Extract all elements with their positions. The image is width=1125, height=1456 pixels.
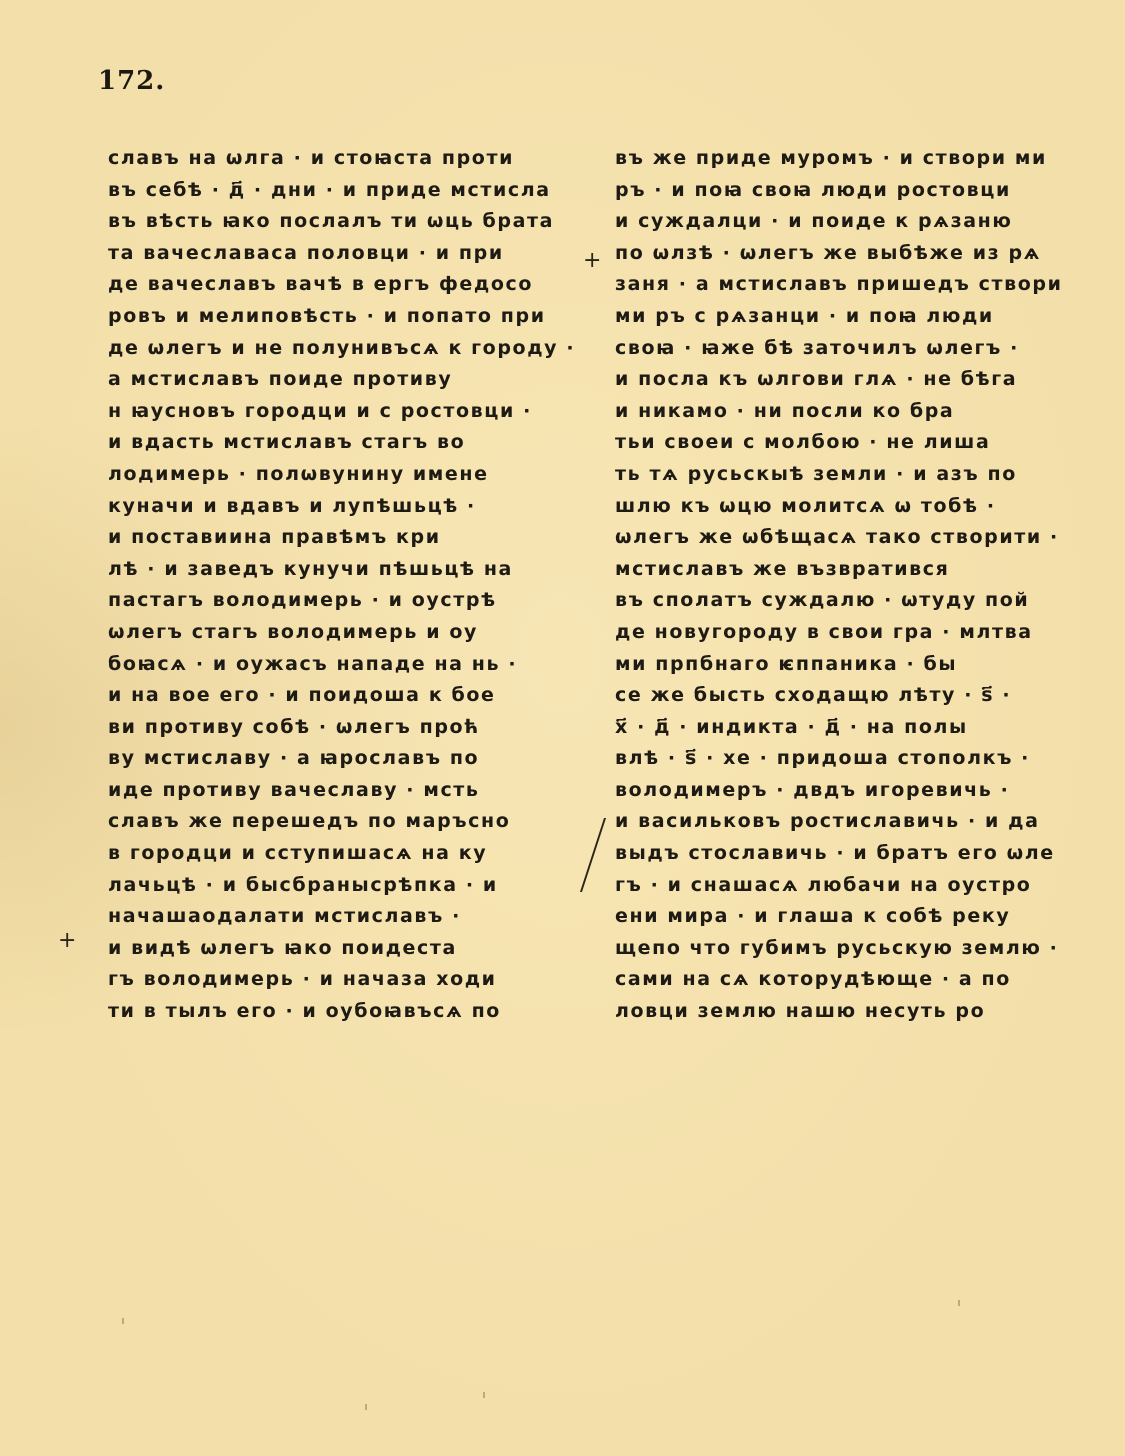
manuscript-line: въ сполатъ суждалю · ѡтуду пой xyxy=(615,585,1105,617)
manuscript-line: въ же приде муромъ · и створи ми xyxy=(615,143,1105,175)
manuscript-line: ми прпбнаго ѥппаника · бы xyxy=(615,649,1105,681)
manuscript-line: иде противу вачеславу · мсть xyxy=(108,775,578,807)
manuscript-line: шлю къ ѡцю молитсѧ ѡ тобѣ · xyxy=(615,491,1105,523)
margin-cross-mark-left: + xyxy=(58,928,76,953)
manuscript-line: де новугороду в свои гра · млтва xyxy=(615,617,1105,649)
manuscript-line: и вдасть мстиславъ стагъ во xyxy=(108,427,578,459)
margin-cross-mark-right: + xyxy=(583,248,601,273)
manuscript-line: влѣ · ѕ҃ · хе · Придоша стополкъ · xyxy=(615,743,1105,775)
manuscript-line: ѡлегъ стагъ володимерь и оу xyxy=(108,617,578,649)
manuscript-line: ровъ и мелиповѣсть · и попато при xyxy=(108,301,578,333)
manuscript-line: ть тѧ русьскыѣ земли · и азъ по xyxy=(615,459,1105,491)
manuscript-line: се же бысть сходащю лѣту · ѕ҃ · xyxy=(615,680,1105,712)
manuscript-line: куначи и вдавъ и лупѣшьцѣ · xyxy=(108,491,578,523)
manuscript-line: въ себѣ · д҃ · дни · и приде мстисла xyxy=(108,175,578,207)
manuscript-line: ени мира · и глаша к собѣ рекy xyxy=(615,901,1105,933)
manuscript-line: ловци землю нашю несуть ро xyxy=(615,996,1105,1028)
manuscript-line: гъ · и снашасѧ любачи на оустро xyxy=(615,870,1105,902)
manuscript-line: гъ володимерь · и начаза ходи xyxy=(108,964,578,996)
manuscript-line: тьи своеи с молбою · не лиша xyxy=(615,427,1105,459)
manuscript-line: в городци и сступишасѧ на кy xyxy=(108,838,578,870)
manuscript-line: и посла къ ѡлгови глѧ · не бѣга xyxy=(615,364,1105,396)
manuscript-line: въ вѣсть ꙗко послалъ ти ѡць брата xyxy=(108,206,578,238)
manuscript-line: ву мстиславу · а ꙗрославъ по xyxy=(108,743,578,775)
paper-speck xyxy=(483,1392,485,1398)
manuscript-line: начашаодалати мстиславъ · xyxy=(108,901,578,933)
manuscript-line: н ꙗусновъ городци и с ростовци · xyxy=(108,396,578,428)
manuscript-line: заня · а мстиславъ пришедъ створи xyxy=(615,269,1105,301)
manuscript-line: лѣ · и заведъ кунучи пѣшьцѣ на xyxy=(108,554,578,586)
manuscript-line: и никамо · ни посли ко бра xyxy=(615,396,1105,428)
manuscript-line: славъ на ѡлга · и стоꙗста проти xyxy=(108,143,578,175)
manuscript-line: ми ръ с рѧзанци · и поꙗ люди xyxy=(615,301,1105,333)
manuscript-line: та вачеславаса половци · и при xyxy=(108,238,578,270)
manuscript-line: выдъ стославичь · и братъ его ѡле xyxy=(615,838,1105,870)
right-text-column: въ же приде муромъ · и створи миръ · и п… xyxy=(615,143,1105,1028)
manuscript-line: и васильковъ ростиславичь · и да xyxy=(615,806,1105,838)
manuscript-line: сами на сѧ которудѣюще · а по xyxy=(615,964,1105,996)
manuscript-line: и на вое его · и поидоша к бое xyxy=(108,680,578,712)
manuscript-line: и видѣ ѡлегъ ꙗко поидеста xyxy=(108,933,578,965)
manuscript-line: а мстиславъ поиде противу xyxy=(108,364,578,396)
paper-speck xyxy=(365,1404,367,1410)
manuscript-line: де ѡлегъ и не полунивъсѧ к городу · xyxy=(108,333,578,365)
manuscript-line: лодимерь · полѡвунину имене xyxy=(108,459,578,491)
manuscript-line: х҃ · д҃ · индикта · д҃ · на полы xyxy=(615,712,1105,744)
manuscript-line: по ѡлзѣ · ѡлегъ же выбѣже из рѧ xyxy=(615,238,1105,270)
manuscript-line: ръ · и поꙗ своꙗ люди ростовци xyxy=(615,175,1105,207)
manuscript-line: ти в тылъ его · и оубоꙗвъсѧ по xyxy=(108,996,578,1028)
paper-speck xyxy=(958,1300,960,1306)
manuscript-line: славъ же перешедъ по маръсно xyxy=(108,806,578,838)
manuscript-line: володимеръ · двдъ игоревичь · xyxy=(615,775,1105,807)
manuscript-line: мстиславъ же възвратився xyxy=(615,554,1105,586)
manuscript-line: ви противу собѣ · ѡлегъ проћ xyxy=(108,712,578,744)
manuscript-line: де вачеславъ вачѣ в ергъ федосо xyxy=(108,269,578,301)
manuscript-line: щепо что губимъ русьскую землю · xyxy=(615,933,1105,965)
page-number: 172. xyxy=(98,66,165,96)
left-text-column: славъ на ѡлга · и стоꙗста противъ себѣ ·… xyxy=(108,143,578,1028)
manuscript-line: своꙗ · ꙗже бѣ заточилъ ѡлегъ · xyxy=(615,333,1105,365)
manuscript-line: и поставиина правѣмъ кри xyxy=(108,522,578,554)
manuscript-line: пастагъ володимерь · и оустрѣ xyxy=(108,585,578,617)
manuscript-line: ѡлегъ же ѡбѣщасѧ тако створити · xyxy=(615,522,1105,554)
manuscript-line: лачьцѣ · и бысбранысрѣпка · и xyxy=(108,870,578,902)
paper-speck xyxy=(122,1318,124,1324)
manuscript-line: и суждалци · и поиде к рѧзаню xyxy=(615,206,1105,238)
manuscript-line: боꙗсѧ · и оужасъ нападе на нь · xyxy=(108,649,578,681)
